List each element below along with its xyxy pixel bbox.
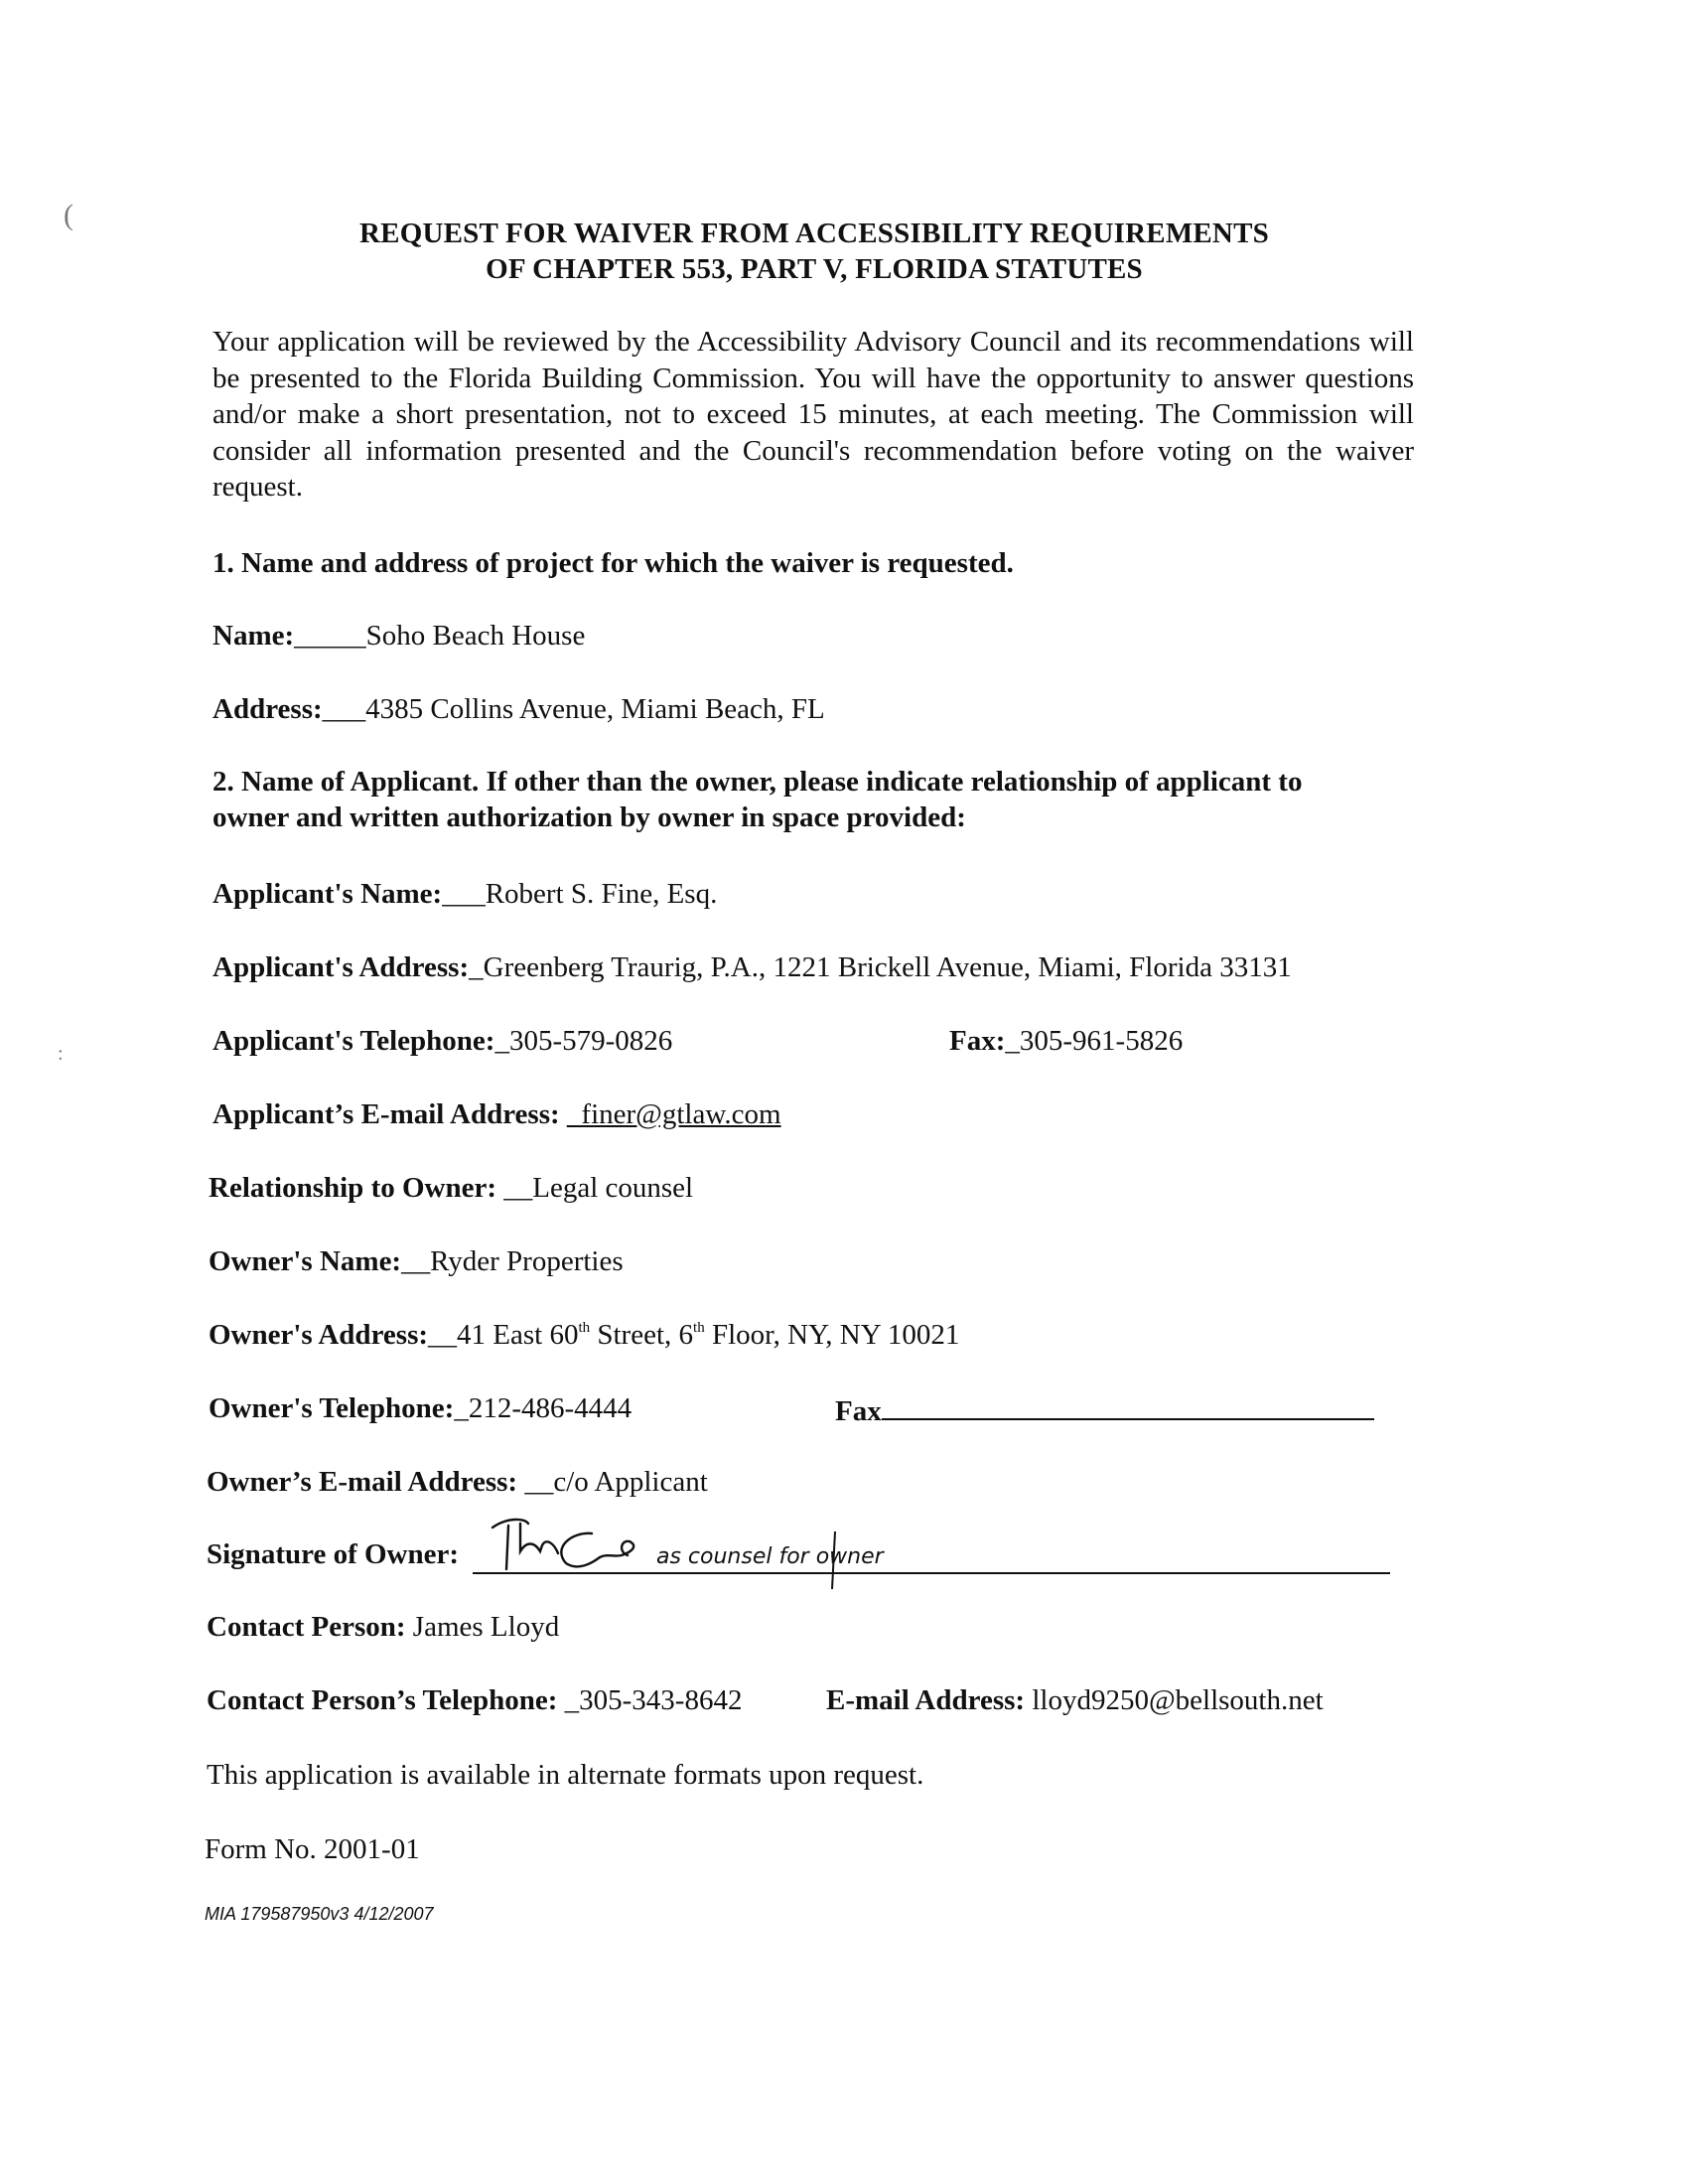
owner-fax-field[interactable] <box>882 1392 1374 1420</box>
project-address-label: Address: <box>212 693 323 725</box>
signature-field[interactable]: as counsel for owner <box>473 1512 1402 1581</box>
relationship-value[interactable]: __Legal counsel <box>503 1172 693 1204</box>
project-name-value[interactable]: Soho Beach House <box>366 620 586 652</box>
project-name-blank: _____ <box>294 620 366 652</box>
owner-address-label: Owner's Address: <box>209 1319 428 1351</box>
project-address-row: Address:___4385 Collins Avenue, Miami Be… <box>212 693 825 726</box>
owner-name-value[interactable]: __Ryder Properties <box>401 1245 624 1277</box>
relationship-label: Relationship to Owner: <box>209 1172 496 1204</box>
signature-label: Signature of Owner: <box>207 1538 459 1571</box>
relationship-row: Relationship to Owner: __Legal counsel <box>209 1172 693 1205</box>
owner-email-label: Owner’s E-mail Address: <box>207 1466 517 1498</box>
contact-person-row: Contact Person: James Lloyd <box>207 1611 559 1644</box>
project-name-row: Name:_____Soho Beach House <box>212 620 585 653</box>
applicant-telephone-value[interactable]: _305-579-0826 <box>494 1025 672 1057</box>
owner-name-label: Owner's Name: <box>209 1245 401 1277</box>
owner-telephone-row: Owner's Telephone:_212-486-4444 <box>209 1392 632 1425</box>
applicant-address-value[interactable]: _Greenberg Traurig, P.A., 1221 Brickell … <box>469 951 1292 983</box>
applicant-address-row: Applicant's Address:_Greenberg Traurig, … <box>212 951 1292 984</box>
document-title-line1: REQUEST FOR WAIVER FROM ACCESSIBILITY RE… <box>0 218 1628 250</box>
applicant-email-link[interactable]: _finer@gtlaw.com <box>567 1098 781 1130</box>
project-address-value[interactable]: 4385 Collins Avenue, Miami Beach, FL <box>365 693 825 725</box>
owner-fax-row: Fax <box>835 1392 1374 1428</box>
handwritten-signature-icon: as counsel for owner <box>473 1512 1402 1601</box>
owner-email-row: Owner’s E-mail Address: __c/o Applicant <box>207 1466 708 1499</box>
contact-telephone-row: Contact Person’s Telephone: _305-343-864… <box>207 1684 742 1717</box>
applicant-fax-row: Fax:_305-961-5826 <box>949 1025 1183 1058</box>
contact-person-label: Contact Person: <box>207 1611 406 1643</box>
owner-address-row: Owner's Address:__41 East 60th Street, 6… <box>209 1319 959 1352</box>
document-title-line2: OF CHAPTER 553, PART V, FLORIDA STATUTES <box>0 253 1628 286</box>
section2-heading-line1: 2. Name of Applicant. If other than the … <box>212 766 1302 799</box>
applicant-name-row: Applicant's Name:___Robert S. Fine, Esq. <box>212 878 717 911</box>
contact-telephone-label: Contact Person’s Telephone: <box>207 1684 557 1716</box>
ordinal-suffix: th <box>693 1320 705 1336</box>
owner-address-part: Floor, NY, NY 10021 <box>705 1319 960 1351</box>
applicant-telephone-row: Applicant's Telephone:_305-579-0826 <box>212 1025 672 1058</box>
applicant-fax-label: Fax: <box>949 1025 1005 1057</box>
applicant-name-label: Applicant's Name: <box>212 878 442 910</box>
owner-address-part: Street, 6 <box>590 1319 693 1351</box>
owner-fax-label: Fax <box>835 1395 882 1427</box>
owner-address-part: __41 East 60 <box>428 1319 578 1351</box>
margin-mark-dots: : <box>58 1043 64 1066</box>
contact-email-label: E-mail Address: <box>826 1684 1025 1716</box>
contact-email-value[interactable]: lloyd9250@bellsouth.net <box>1032 1684 1323 1716</box>
owner-email-value[interactable]: __c/o Applicant <box>524 1466 707 1498</box>
contact-email-row: E-mail Address: lloyd9250@bellsouth.net <box>826 1684 1324 1717</box>
document-id: MIA 179587950v3 4/12/2007 <box>205 1904 434 1925</box>
svg-text:as counsel for owner: as counsel for owner <box>656 1544 886 1569</box>
applicant-name-value[interactable]: ___Robert S. Fine, Esq. <box>442 878 717 910</box>
owner-name-row: Owner's Name:__Ryder Properties <box>209 1245 624 1278</box>
owner-telephone-label: Owner's Telephone: <box>209 1392 454 1424</box>
form-number: Form No. 2001-01 <box>205 1833 420 1866</box>
project-address-blank: ___ <box>323 693 366 725</box>
intro-paragraph: Your application will be reviewed by the… <box>212 324 1414 506</box>
alternate-formats-note: This application is available in alterna… <box>207 1759 923 1792</box>
applicant-email-row: Applicant’s E-mail Address: _finer@gtlaw… <box>212 1098 781 1131</box>
section1-heading: 1. Name and address of project for which… <box>212 547 1014 580</box>
applicant-fax-value[interactable]: _305-961-5826 <box>1005 1025 1183 1057</box>
owner-telephone-value[interactable]: _212-486-4444 <box>454 1392 632 1424</box>
applicant-address-label: Applicant's Address: <box>212 951 469 983</box>
project-name-label: Name: <box>212 620 294 652</box>
contact-person-value[interactable]: James Lloyd <box>413 1611 559 1643</box>
section2-heading-line2: owner and written authorization by owner… <box>212 801 966 834</box>
applicant-email-label: Applicant’s E-mail Address: <box>212 1098 560 1130</box>
owner-address-value[interactable]: __41 East 60th Street, 6th Floor, NY, NY… <box>428 1319 959 1351</box>
contact-telephone-value[interactable]: _305-343-8642 <box>565 1684 743 1716</box>
applicant-telephone-label: Applicant's Telephone: <box>212 1025 494 1057</box>
ordinal-suffix: th <box>578 1320 590 1336</box>
